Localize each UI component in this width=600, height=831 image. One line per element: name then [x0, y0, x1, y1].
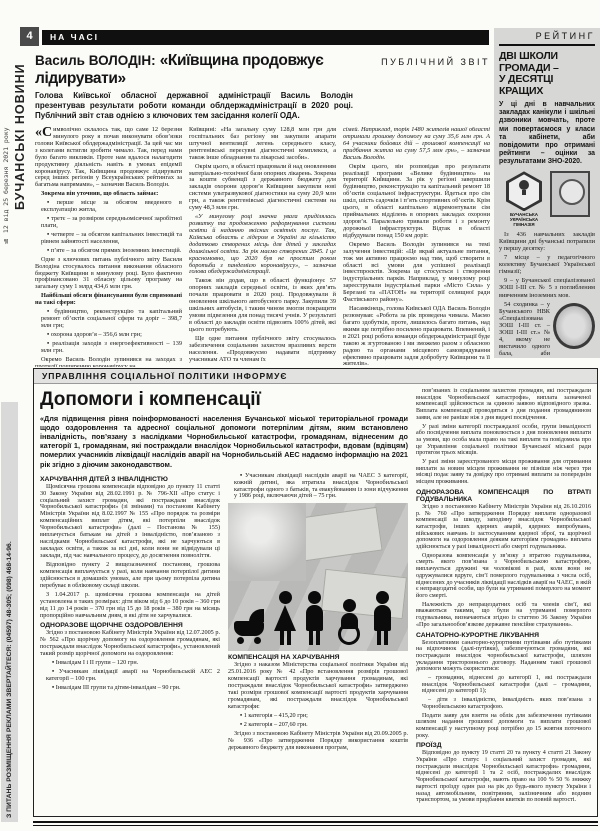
- list-item: перше місце за обсягом введеного в експл…: [35, 200, 182, 214]
- paragraph: Відповідно пункту 2 вищезазначеної поста…: [40, 562, 220, 590]
- rating-lead: У ці дні в навчальних закладах канікули …: [499, 101, 595, 166]
- banknote-graphic: [321, 569, 407, 619]
- subsection-heading: ОДНОРАЗОВА КОМПЕНСАЦІЯ ПО ВТРАТІ ГОДУВАЛ…: [416, 489, 591, 503]
- list-item: діти з інвалідністю, інвалідність яких п…: [416, 697, 591, 710]
- school-crest-emblem: [550, 171, 590, 217]
- main-article: Василь ВОЛОДІН: «Київщина продовжує ліди…: [35, 52, 490, 367]
- paragraph: Відповідно до пункту 19 статті 20 та пун…: [416, 750, 591, 804]
- section-header-na-chasi: НА ЧАСІ: [42, 30, 489, 45]
- paragraph: 7 місце – у педагогічного колективу Буча…: [499, 254, 595, 275]
- paragraph: Із 436 навчальних закладів Київщини дві …: [499, 231, 595, 252]
- list-item: Інвалідам І і ІІ групи – 120 грн.: [40, 660, 220, 667]
- paragraph: Одноразова компенсація у зв’язку з втрат…: [416, 553, 591, 600]
- paragraph: У разі зміни категорії постраждалої особ…: [416, 424, 591, 458]
- paragraph: пов’язаних із соціальним захистом громад…: [416, 388, 591, 422]
- school-emblems: БУЧАНСЬКА УКРАЇНСЬКА ГІМНАЗІЯ: [499, 171, 595, 228]
- rating-title-line1: ДВІ ШКОЛИ ГРОМАДИ –: [499, 51, 595, 74]
- family-silhouettes-photo: [228, 503, 408, 651]
- emblem-caption: БУЧАНСЬКА УКРАЇНСЬКА ГІМНАЗІЯ: [504, 213, 544, 228]
- paragraph: Окремо Василь Володін зупинився на темі …: [343, 242, 490, 304]
- newspaper-page: { "header": { "page_number": "4", "left_…: [0, 0, 600, 831]
- woman-silhouette-icon: [274, 591, 296, 645]
- subsection-heading: ОДНОРАЗОВЕ ЩОРІЧНЕ ОЗДОРОВЛЕННЯ: [40, 622, 220, 629]
- paragraph: Насамкінець, голова Київської ОДА Василь…: [343, 306, 490, 367]
- bottom-double-rule: [33, 821, 598, 826]
- divider-rule: [499, 44, 595, 46]
- list-item: 2 категорія – 207,60 грн.: [228, 722, 408, 729]
- article-column-3: сімей. Наприклад, торік 1480 жителів наш…: [343, 127, 490, 367]
- headline-name: Василь ВОЛОДІН:: [35, 53, 156, 68]
- list-item: Інвалідам ІІІ групи та дітям-інвалідам –…: [40, 685, 220, 692]
- list-item: будівництво, реконструкцію та капітальни…: [35, 309, 182, 330]
- section-header-rating: РЕЙТИНГ: [499, 31, 595, 41]
- paragraph: Окрім цього, він розповідав про результа…: [343, 164, 490, 240]
- paragraph: Київщині: «На загальну суму 128,8 млн гр…: [189, 127, 336, 162]
- paragraph: 9 – у Бучанської спеціалізованої ЗОШ І-І…: [499, 277, 595, 298]
- page-number: 4: [20, 27, 39, 46]
- paragraph: Належність до непрацездатних осіб та чле…: [416, 602, 591, 629]
- list-item: четверте – за обсягом капітальних інвест…: [35, 232, 182, 246]
- paragraph: Згідно з наказом Міністерства соціальної…: [228, 662, 408, 711]
- paragraph: имволічно склалось так, що саме 12 берез…: [35, 127, 182, 188]
- paragraph: Окремо Василь Володін зупинився на заход…: [35, 357, 182, 367]
- rating-title: ДВІ ШКОЛИ ГРОМАДИ – У ДЕСЯТЦІ КРАЩИХ: [499, 51, 595, 97]
- article-column-1: «Символічно склалось так, що саме 12 бер…: [35, 127, 182, 367]
- man-silhouette-icon-2: [374, 591, 391, 645]
- ad-contact-line: З ПИТАНЬ РОЗМІЩЕННЯ РЕКЛАМИ ЗВЕРТАЙТЕСЯ:…: [6, 406, 13, 818]
- social-column-1: ХАРЧУВАННЯ ДІТЕЙ З ІНВАЛІДНІСТЮ Щомісячн…: [40, 473, 220, 808]
- social-title: Допомоги і компенсації: [40, 389, 408, 411]
- article-column-2: Київщині: «На загальну суму 128,8 млн гр…: [189, 127, 336, 367]
- subsection-heading: КОМПЕНСАЦІЯ НА ХАРЧУВАННЯ: [228, 654, 408, 661]
- list-item: п’яте – за обсягом прямих іноземних інве…: [35, 248, 182, 255]
- list-item: охорона здоров’я – 356,6 млн грн;: [35, 332, 182, 339]
- list-item: третє – за розміром середньомісячної зар…: [35, 216, 182, 230]
- subsection-heading: САНАТОРНО-КУРОРТНЕ ЛІКУВАННЯ: [416, 632, 591, 639]
- paragraph: Подати заяву для взяття на облік для заб…: [416, 713, 591, 740]
- kicker-public-report: ПУБЛІЧНИЙ ЗВІТ: [381, 52, 490, 121]
- rating-body: Із 436 навчальних закладів Київщини дві …: [499, 231, 595, 358]
- list-heading: Найбільші обсяги фінансування були спрям…: [35, 293, 182, 307]
- social-policy-section: УПРАВЛІННЯ СОЦІАЛЬНОЇ ПОЛІТИКИ ІНФОРМУЄ …: [33, 368, 598, 817]
- wheelchair-user-silhouette-icon: [338, 599, 360, 645]
- article-lead: Голова Київської обласної державної адмі…: [35, 91, 353, 121]
- list-item: реалізація заходів з енергоефективності …: [35, 341, 182, 355]
- school-seal-emblem: [553, 303, 595, 349]
- masthead-title: БУЧАНСЬКІ НОВИНИ: [13, 50, 27, 210]
- social-column-2: Учасникам ліквідації наслідків аварії на…: [228, 473, 408, 808]
- woman-photo-fragment: [228, 503, 306, 581]
- paragraph: У разі зміни зареєстрованого місця прожи…: [416, 459, 591, 486]
- paragraph: Безоплатними санаторно-курортними путівк…: [416, 640, 591, 674]
- paragraph: Згідно з постановою Кабінету Міністрів У…: [40, 630, 220, 658]
- list-heading: Зокрема він уточнив, що область займає:: [35, 191, 182, 198]
- paragraph: Одне з ключових питань публічного звіту …: [35, 257, 182, 292]
- list-item: громадяни, віднесені до категорії 1, які…: [416, 675, 591, 695]
- paragraph: Ще одне питання публічного звіту стосува…: [189, 336, 336, 364]
- paragraph: Щомісячна грошова компенсація відповідно…: [40, 484, 220, 560]
- paragraph-quote: «У минулому році значна увага приділялас…: [189, 214, 336, 276]
- social-left-block: Допомоги і компенсації «Для підвищення р…: [40, 388, 408, 812]
- stroller-silhouette-icon: [234, 621, 264, 645]
- paragraph: Згідно з постановою Кабінету Міністрів У…: [228, 731, 408, 752]
- article-headline: Василь ВОЛОДІН: «Київщина продовжує ліди…: [35, 52, 353, 88]
- social-lead: «Для підвищення рівня поінформованості н…: [40, 414, 408, 469]
- ad-contact-strip: З ПИТАНЬ РОЗМІЩЕННЯ РЕКЛАМИ ЗВЕРТАЙТЕСЯ:…: [1, 402, 18, 822]
- rating-sidebar: РЕЙТИНГ ДВІ ШКОЛИ ГРОМАДИ – У ДЕСЯТЦІ КР…: [494, 28, 600, 358]
- drop-cap: «С: [35, 127, 52, 139]
- issue-line: № 12 від 25 березня 2021 року: [2, 60, 10, 245]
- paragraph: Окрім цього, в області працювали й над о…: [189, 164, 336, 212]
- list-item: Учасникам ліквідації наслідків аварії на…: [228, 473, 408, 501]
- gymnasium-emblem: БУЧАНСЬКА УКРАЇНСЬКА ГІМНАЗІЯ: [504, 171, 544, 228]
- list-item: Учасникам ліквідації аварії на Чорнобиль…: [40, 669, 220, 683]
- paragraph: Також він додав, що в області функціонує…: [189, 278, 336, 333]
- social-column-3: пов’язаних із соціальним захистом громад…: [416, 388, 591, 812]
- paragraph: З 1.04.2017 р. щомісячна грошова компенс…: [40, 592, 220, 620]
- subsection-heading: ХАРЧУВАННЯ ДІТЕЙ З ІНВАЛІДНІСТЮ: [40, 476, 220, 483]
- paragraph: 54 сходинка – у Бучанського НВК «Спеціал…: [499, 301, 595, 358]
- hexagon-badge-icon: [506, 171, 542, 211]
- list-item: 1 категорія – 415,20 грн;: [228, 713, 408, 720]
- social-section-label: УПРАВЛІННЯ СОЦІАЛЬНОЇ ПОЛІТИКИ ІНФОРМУЄ: [34, 369, 597, 384]
- rating-title-line2: У ДЕСЯТЦІ КРАЩИХ: [499, 74, 595, 97]
- paragraph: Згідно з постановою Кабінету Міністрів У…: [416, 504, 591, 551]
- subsection-heading: ПРОЇЗД: [416, 742, 591, 749]
- paragraph-quote: сімей. Наприклад, торік 1480 жителів наш…: [343, 127, 490, 162]
- man-silhouette-icon: [306, 591, 323, 645]
